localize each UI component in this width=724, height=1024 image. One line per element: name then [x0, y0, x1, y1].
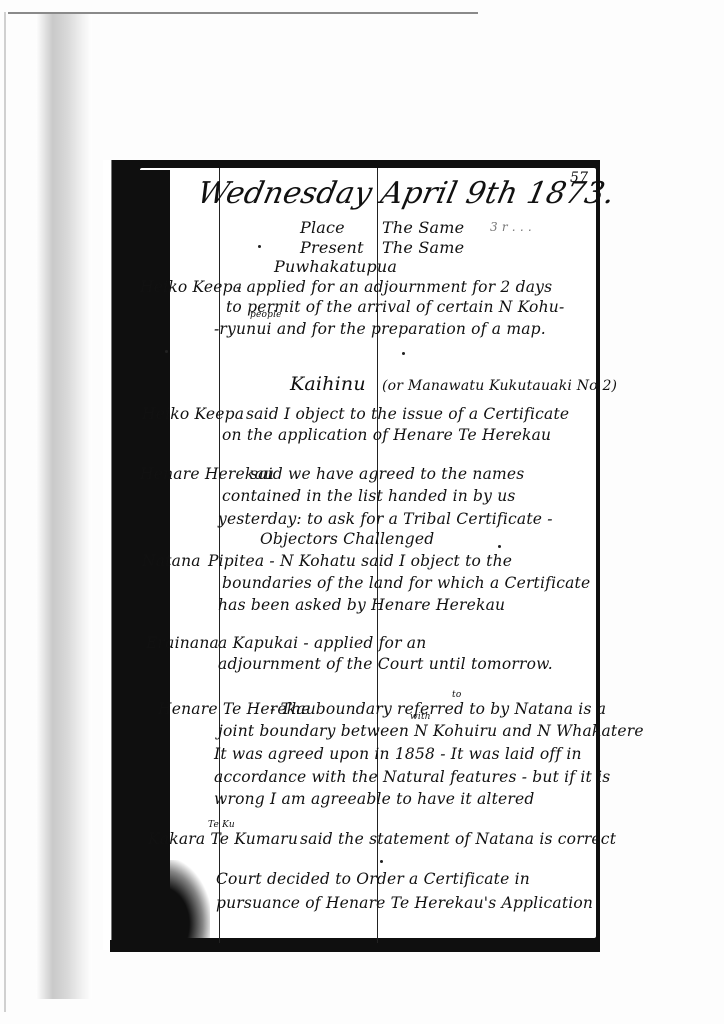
page-title-date: Wednesday April 9th 1873. — [194, 176, 618, 211]
court-decision-line: pursuance of Henare Te Herekau's Applica… — [216, 894, 593, 912]
entry-line: -ryunui and for the preparation of a map… — [214, 320, 546, 338]
place-label: Place — [300, 218, 345, 237]
block-heading-note: (or Manawatu Kukutauaki No 2) — [382, 378, 617, 394]
entry-line: Pipitea - N Kohatu said I object to the — [208, 552, 512, 570]
entry-line: adjournment of the Court until tomorrow. — [218, 655, 553, 673]
entry-line: It was agreed upon in 1858 - It was laid… — [214, 745, 582, 763]
ink-speck — [380, 860, 383, 863]
entry-line: has been asked by Henare Herekau — [218, 596, 505, 614]
insertion-note: Te Ku — [208, 820, 235, 830]
entry-speaker: Natana — [142, 552, 201, 570]
present-value: The Same — [382, 238, 464, 257]
present-label: Present — [300, 238, 364, 257]
scanner-edge-left — [4, 12, 6, 1012]
entry-line: contained in the list handed in by us — [222, 487, 516, 505]
page-number: 57 — [570, 170, 588, 186]
block-name: Puwhakatupua — [274, 257, 397, 276]
entry-line: said the statement of Natana is correct — [300, 830, 616, 848]
court-decision-line: Court decided to Order a Certificate in — [216, 870, 530, 888]
entry-line: - applied for an adjournment for 2 days — [236, 278, 552, 296]
entry-line: said we have agreed to the names — [250, 465, 524, 483]
insertion-note: people — [250, 310, 282, 320]
page-edge-strip — [103, 160, 112, 950]
book-spine-shadow — [36, 14, 92, 999]
entry-speaker: Heiko Keepa — [140, 278, 242, 296]
entry-line: joint boundary between N Kohuiru and N W… — [218, 722, 644, 740]
ink-speck — [258, 245, 261, 248]
entry-line: yesterday: to ask for a Tribal Certifica… — [218, 510, 553, 528]
entry-line: boundaries of the land for which a Certi… — [222, 574, 590, 592]
ink-speck — [498, 545, 501, 548]
entry-speaker: Heiko Keepa — [142, 405, 244, 423]
page-bottom-edge — [110, 940, 600, 952]
entry-line: on the application of Henare Te Herekau — [222, 426, 551, 444]
entry-line: - The boundary referred to by Natana is … — [270, 700, 606, 718]
entry-line: accordance with the Natural features - b… — [214, 768, 610, 786]
entry-line: a Kapukai - applied for an — [218, 634, 426, 652]
insertion-note: to — [452, 690, 461, 700]
entry-line: said I object to the issue of a Certific… — [246, 405, 569, 423]
binding-shadow-bottom — [150, 860, 210, 940]
place-value: The Same — [382, 218, 464, 237]
entry-speaker: Erainana — [146, 634, 219, 652]
insertion-note: with — [410, 712, 431, 722]
sub-heading: Objectors Challenged — [260, 530, 434, 548]
pencil-annotation: 3 r . . . — [490, 220, 532, 234]
block-heading: Kaihinu — [290, 373, 366, 395]
entry-speaker: Kakara Te Kumaru — [148, 830, 298, 848]
ink-speck — [165, 350, 168, 353]
ink-speck — [402, 352, 405, 355]
entry-line: wrong I am agreeable to have it altered — [214, 790, 534, 808]
